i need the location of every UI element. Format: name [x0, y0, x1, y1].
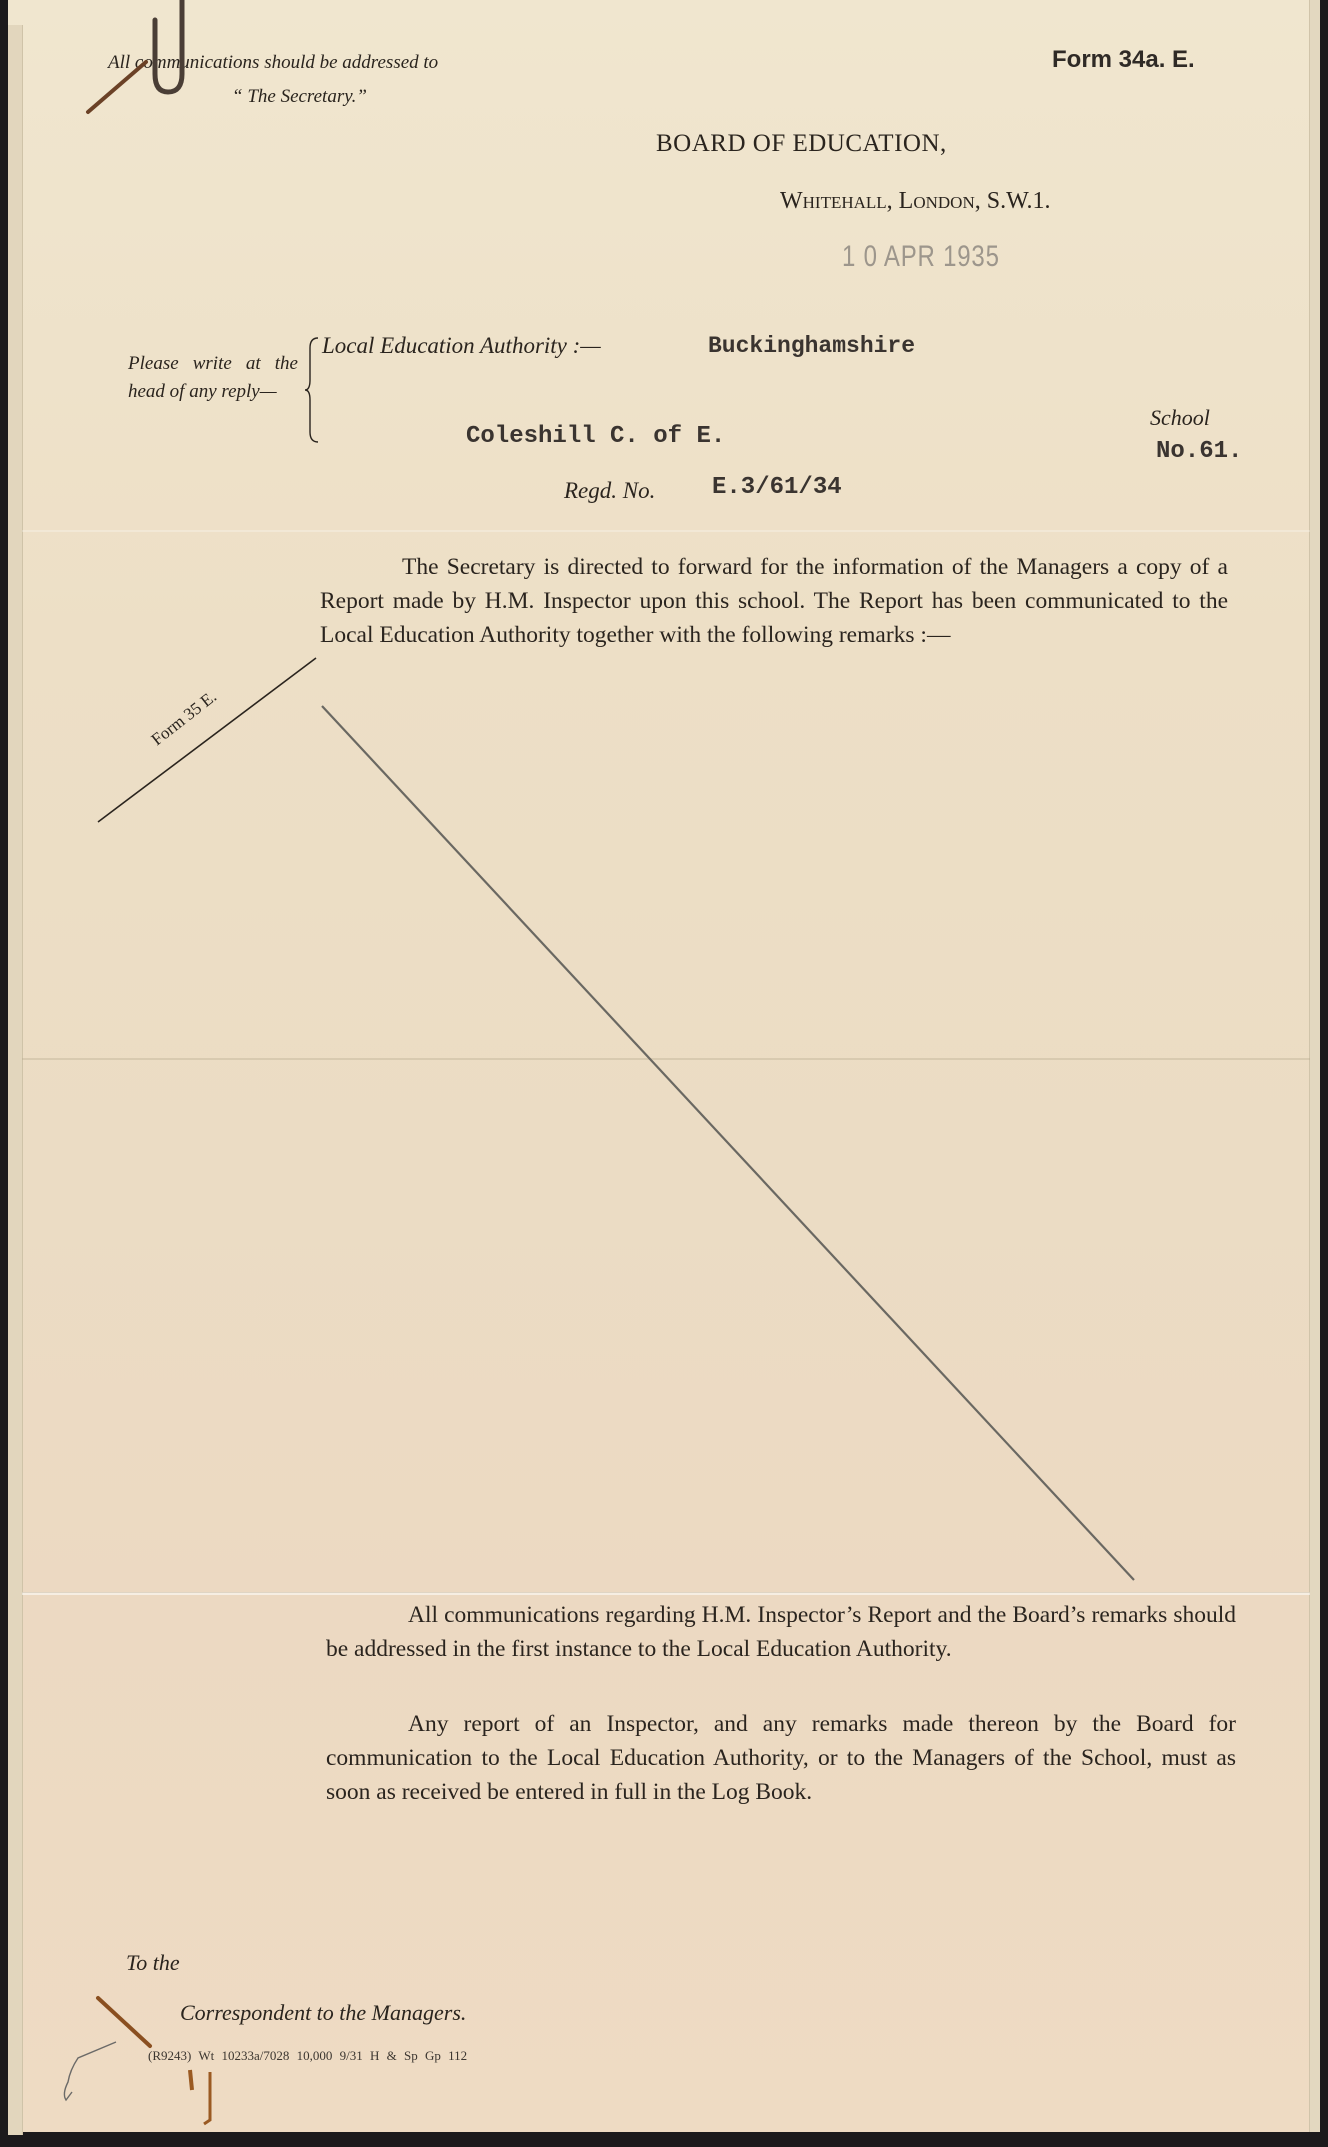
paragraph-communications-text: All communications regarding H.M. Inspec…	[326, 1602, 1236, 1662]
lea-value: Buckinghamshire	[708, 333, 915, 359]
lea-label: Local Education Authority :—	[322, 333, 601, 359]
margin-note-form-35e: Form 35 E.	[148, 687, 221, 750]
to-the-label: To the	[126, 1950, 180, 1976]
paragraph-forwarding: The Secretary is directed to forward for…	[320, 550, 1228, 652]
school-number: No.61.	[1156, 438, 1242, 465]
organization-address: Whitehall, London, S.W.1.	[780, 188, 1051, 215]
regd-label: Regd. No.	[564, 478, 655, 504]
address-note: All communications should be addressed t…	[108, 52, 438, 74]
paragraph-forwarding-text: The Secretary is directed to forward for…	[320, 554, 1228, 648]
back-sheet-edge	[8, 25, 23, 2135]
paragraph-communications: All communications regarding H.M. Inspec…	[326, 1598, 1236, 1666]
form-number: Form 34a. E.	[1052, 46, 1195, 74]
document-page: All communications should be addressed t…	[8, 0, 1320, 2132]
paragraph-log-book: Any report of an Inspector, and any rema…	[326, 1707, 1236, 1809]
school-name: Coleshill C. of E.	[466, 423, 725, 450]
paragraph-log-book-text: Any report of an Inspector, and any rema…	[326, 1711, 1236, 1805]
recipient-label: Correspondent to the Managers.	[180, 2000, 466, 2026]
fold-line	[22, 1592, 1310, 1595]
fold-line	[22, 1058, 1310, 1060]
right-page-edge	[1309, 0, 1320, 2132]
regd-value: E.3/61/34	[712, 474, 842, 501]
fold-line	[22, 530, 1310, 532]
brace-icon	[304, 336, 322, 444]
secretary-label: “ The Secretary.”	[232, 86, 367, 108]
date-stamp: 1 0 APR 1935	[842, 240, 1000, 274]
printer-imprint: (R9243) Wt 10233a/7028 10,000 9/31 H & S…	[148, 2048, 467, 2064]
organization-title: BOARD OF EDUCATION,	[656, 130, 947, 158]
school-label: School	[1150, 405, 1210, 431]
reply-instruction: Please write at the head of any reply—	[128, 350, 298, 406]
